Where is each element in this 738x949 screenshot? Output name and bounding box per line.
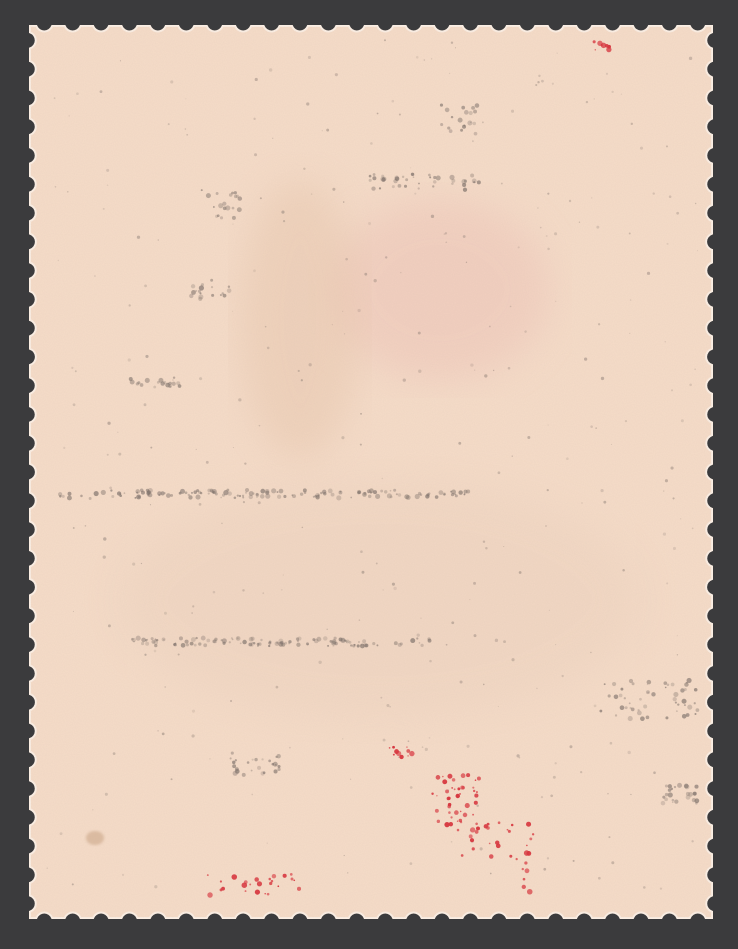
stamp-photo (0, 0, 738, 949)
